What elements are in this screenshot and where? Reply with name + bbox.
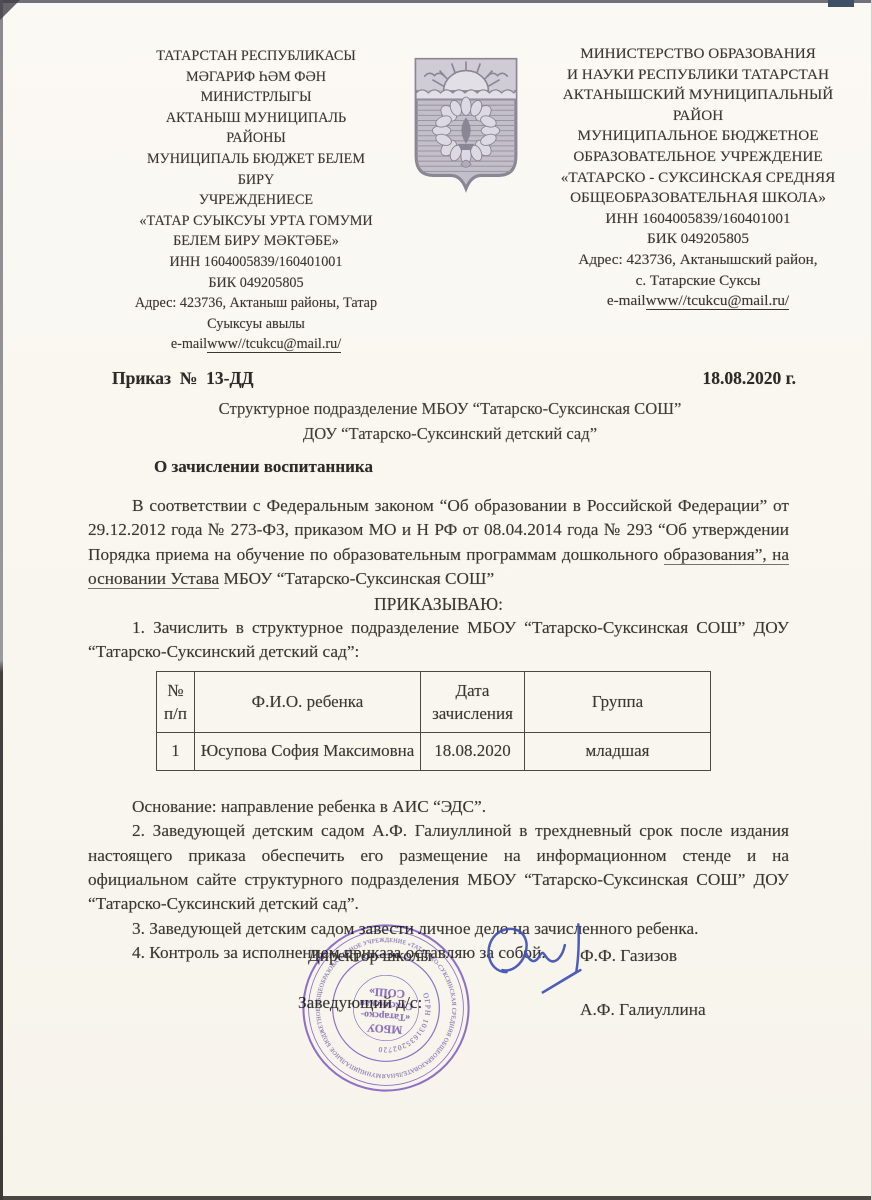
scanned-order-document: ТАТАРСТАН РЕСПУБЛИКАСЫ МӘГАРИФ ҺӘМ ФӘН М… <box>0 0 872 1200</box>
order-number: Приказ № 13-ДД <box>112 368 254 389</box>
intro-paragraph: В соответствии с Федеральным законом “Об… <box>88 494 789 592</box>
scan-corner-mark-topleft <box>0 0 20 20</box>
cell-child-name: Юсупова София Максимовна <box>195 732 421 770</box>
cell-enroll-date: 18.08.2020 <box>421 732 525 770</box>
letterhead-right-lines: МИНИСТЕРСТВО ОБРАЗОВАНИЯ И НАУКИ РЕСПУБЛ… <box>534 44 862 291</box>
col-header-date: Дата зачисления <box>421 671 525 732</box>
scan-corner-mark-topright <box>828 0 854 7</box>
organization-subtitle: Структурное подразделение МБОУ “Татарско… <box>60 396 840 446</box>
round-stamp: МУНИЦИПАЛЬНОЕ БЮДЖЕТНОЕ ОБЩЕОБРАЗОВАТЕЛЬ… <box>300 922 472 1094</box>
col-header-name: Ф.И.О. ребенка <box>195 671 421 732</box>
scan-edge-left <box>0 0 3 1200</box>
email-prefix: e-mail <box>171 336 207 352</box>
stamp-center-line4: СОШ» <box>368 985 405 1000</box>
order-subject: О зачислении воспитанника <box>154 457 373 477</box>
resolution-word: ПРИКАЗЫВАЮ: <box>88 592 789 616</box>
intro-part2: МБОУ “Татарско-Суксинская СОШ” <box>219 569 494 588</box>
item-2: 2. Заведующей детским садом А.Ф. Галиулл… <box>88 819 789 917</box>
table-row: 1 Юсупова София Максимовна 18.08.2020 мл… <box>157 732 711 770</box>
org-subtitle-line2: ДОУ “Татарско-Суксинский детский сад” <box>60 421 840 446</box>
order-number-line: Приказ № 13-ДД 18.08.2020 г. <box>112 368 796 389</box>
email-address: www//tcukcu@mail.ru/ <box>207 336 341 353</box>
letterhead-left-lines: ТАТАРСТАН РЕСПУБЛИКАСЫ МӘГАРИФ ҺӘМ ФӘН М… <box>92 46 420 334</box>
cell-number: 1 <box>157 732 195 770</box>
basis-line: Основание: направление ребенка в АИС “ЭД… <box>88 795 789 819</box>
order-body: В соответствии с Федеральным законом “Об… <box>88 494 789 966</box>
col-header-group: Группа <box>525 671 711 732</box>
letterhead-right-russian: МИНИСТЕРСТВО ОБРАЗОВАНИЯ И НАУКИ РЕСПУБЛ… <box>534 44 862 312</box>
coat-of-arms-icon <box>410 40 522 206</box>
handwritten-signature <box>466 916 622 1020</box>
org-subtitle-line1: Структурное подразделение МБОУ “Татарско… <box>60 396 840 421</box>
stamp-center-line1: МБОУ <box>366 1021 403 1036</box>
letterhead-left-email: e-mailwww//tcukcu@mail.ru/ <box>92 334 420 355</box>
letterhead-right-email: e-mailwww//tcukcu@mail.ru/ <box>534 291 862 312</box>
order-date: 18.08.2020 г. <box>703 368 796 389</box>
letterhead-left-tatar: ТАТАРСТАН РЕСПУБЛИКАСЫ МӘГАРИФ ҺӘМ ФӘН М… <box>92 46 420 355</box>
scan-edge-top <box>0 0 872 3</box>
email-address: www//tcukcu@mail.ru/ <box>646 292 789 310</box>
col-header-number: № п/п <box>157 671 195 732</box>
enrollment-table: № п/п Ф.И.О. ребенка Дата зачисления Гру… <box>156 671 711 771</box>
table-header-row: № п/п Ф.И.О. ребенка Дата зачисления Гру… <box>157 671 711 732</box>
item-1: 1. Зачислить в структурное подразделение… <box>88 616 789 665</box>
scan-edge-bottom <box>0 1196 872 1200</box>
cell-group: младшая <box>525 732 711 770</box>
email-prefix: e-mail <box>607 292 646 309</box>
